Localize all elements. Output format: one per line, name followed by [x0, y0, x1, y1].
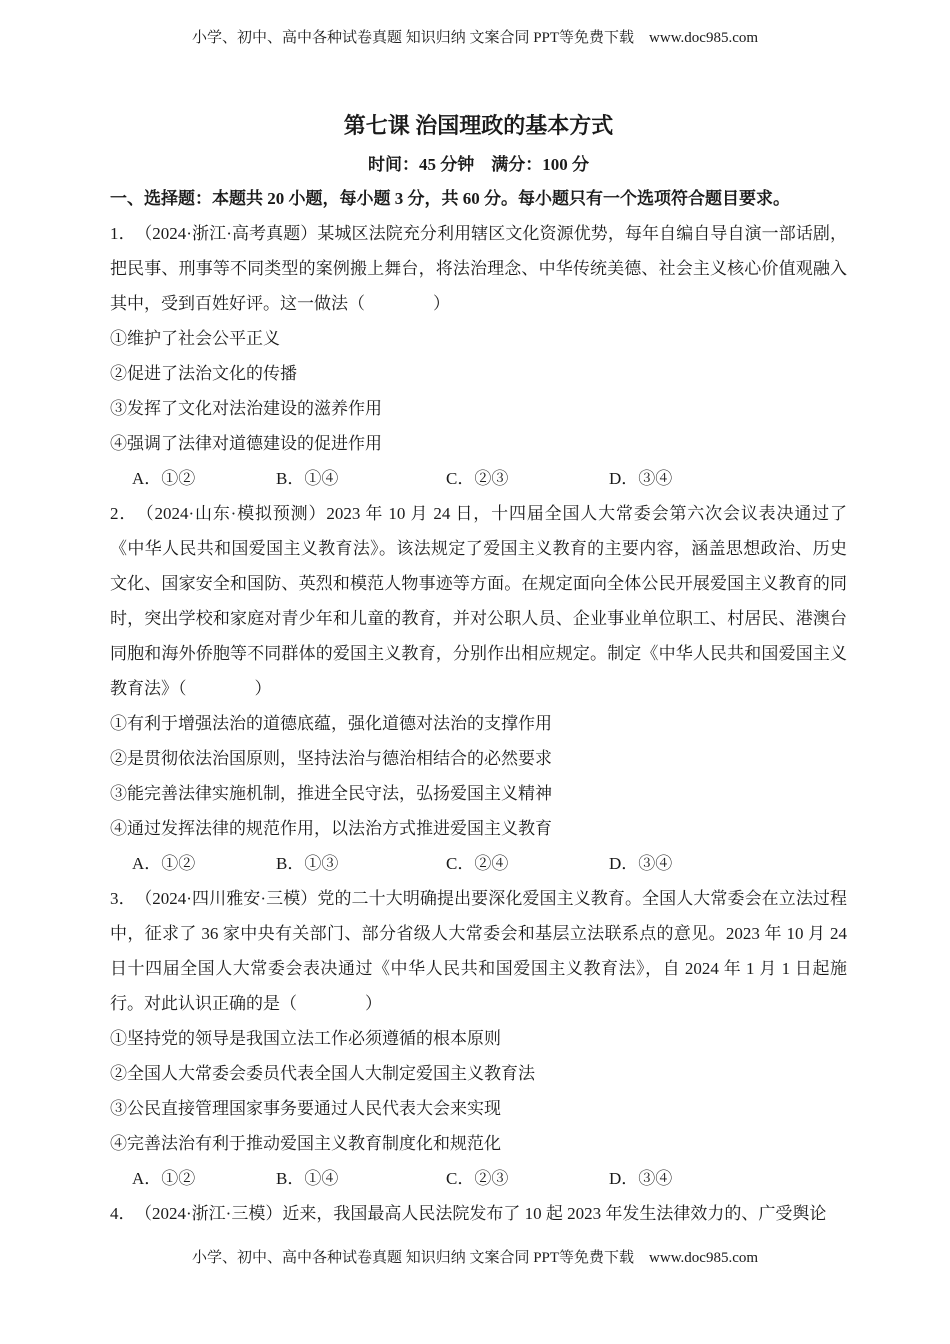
question-3-stem: 3．（2024·四川雅安·三模）党的二十大明确提出要深化爱国主义教育。全国人大常…: [110, 881, 847, 1021]
question-3-number: 3．: [110, 889, 136, 908]
page: 小学、初中、高中各种试卷真题 知识归纳 文案合同 PPT等免费下载 www.do…: [0, 0, 950, 1344]
question-2: 2．（2024·山东·模拟预测）2023 年 10 月 24 日，十四届全国人大…: [110, 496, 847, 881]
footer-banner: 小学、初中、高中各种试卷真题 知识归纳 文案合同 PPT等免费下载 www.do…: [0, 1248, 950, 1268]
question-2-choice-item-2: ②是贯彻依法治国原则，坚持法治与德治相结合的必然要求: [110, 741, 847, 776]
question-2-choice-item-1: ①有利于增强法治的道德底蕴，强化道德对法治的支撑作用: [110, 706, 847, 741]
question-1-choice-item-2: ②促进了法治文化的传播: [110, 356, 847, 391]
question-3-choice-item-3: ③公民直接管理国家事务要通过人民代表大会来实现: [110, 1091, 847, 1126]
question-1-option-c: C．②③: [446, 461, 609, 496]
question-1-stem: 1．（2024·浙江·高考真题）某城区法院充分利用辖区文化资源优势，每年自编自导…: [110, 216, 847, 321]
question-1-option-b: B．①④: [276, 461, 446, 496]
question-3-text: （2024·四川雅安·三模）党的二十大明确提出要深化爱国主义教育。全国人大常委会…: [110, 889, 847, 1013]
question-4-text: （2024·浙江·三模）近来，我国最高人民法院发布了 10 起 2023 年发生…: [144, 1204, 827, 1223]
question-3-choice-item-1: ①坚持党的领导是我国立法工作必须遵循的根本原则: [110, 1021, 847, 1056]
question-1-choice-item-3: ③发挥了文化对法治建设的滋养作用: [110, 391, 847, 426]
question-3-options-row: A．①②B．①④C．②③D．③④: [110, 1161, 847, 1196]
question-1: 1．（2024·浙江·高考真题）某城区法院充分利用辖区文化资源优势，每年自编自导…: [110, 216, 847, 496]
page-title: 第七课 治国理政的基本方式: [110, 104, 847, 148]
question-2-choice-item-4: ④通过发挥法律的规范作用，以法治方式推进爱国主义教育: [110, 811, 847, 846]
question-3-option-a: A．①②: [132, 1161, 276, 1196]
question-3-option-b: B．①④: [276, 1161, 446, 1196]
question-3-option-d: D．③④: [609, 1161, 672, 1196]
header-banner: 小学、初中、高中各种试卷真题 知识归纳 文案合同 PPT等免费下载 www.do…: [0, 28, 950, 48]
exam-time-score: 时间：45 分钟 满分：100 分: [110, 148, 847, 182]
question-1-options-row: A．①②B．①④C．②③D．③④: [110, 461, 847, 496]
question-2-text: （2024·山东·模拟预测）2023 年 10 月 24 日，十四届全国人大常委…: [110, 504, 847, 698]
question-1-text: （2024·浙江·高考真题）某城区法院充分利用辖区文化资源优势，每年自编自导自演…: [110, 224, 847, 313]
question-4-stem: 4．（2024·浙江·三模）近来，我国最高人民法院发布了 10 起 2023 年…: [110, 1196, 847, 1231]
question-2-stem: 2．（2024·山东·模拟预测）2023 年 10 月 24 日，十四届全国人大…: [110, 496, 847, 706]
question-2-choice-item-3: ③能完善法律实施机制，推进全民守法，弘扬爱国主义精神: [110, 776, 847, 811]
question-2-option-b: B．①③: [276, 846, 446, 881]
question-2-option-a: A．①②: [132, 846, 276, 881]
question-1-option-d: D．③④: [609, 461, 672, 496]
question-2-number: 2．: [110, 504, 137, 523]
question-3: 3．（2024·四川雅安·三模）党的二十大明确提出要深化爱国主义教育。全国人大常…: [110, 881, 847, 1196]
section-heading: 一、选择题：本题共 20 小题，每小题 3 分，共 60 分。每小题只有一个选项…: [110, 182, 847, 216]
question-3-choice-item-4: ④完善法治有利于推动爱国主义教育制度化和规范化: [110, 1126, 847, 1161]
question-1-choice-item-4: ④强调了法律对道德建设的促进作用: [110, 426, 847, 461]
question-3-option-c: C．②③: [446, 1161, 609, 1196]
question-1-choice-item-1: ①维护了社会公平正义: [110, 321, 847, 356]
question-3-choice-item-2: ②全国人大常委会委员代表全国人大制定爱国主义教育法: [110, 1056, 847, 1091]
question-2-options-row: A．①②B．①③C．②④D．③④: [110, 846, 847, 881]
question-2-option-d: D．③④: [609, 846, 672, 881]
question-1-option-a: A．①②: [132, 461, 276, 496]
question-4: 4．（2024·浙江·三模）近来，我国最高人民法院发布了 10 起 2023 年…: [110, 1196, 847, 1231]
question-2-option-c: C．②④: [446, 846, 609, 881]
question-1-number: 1．: [110, 224, 136, 243]
question-4-number: 4．: [110, 1204, 136, 1223]
exam-content: 第七课 治国理政的基本方式 时间：45 分钟 满分：100 分 一、选择题：本题…: [110, 104, 847, 1231]
